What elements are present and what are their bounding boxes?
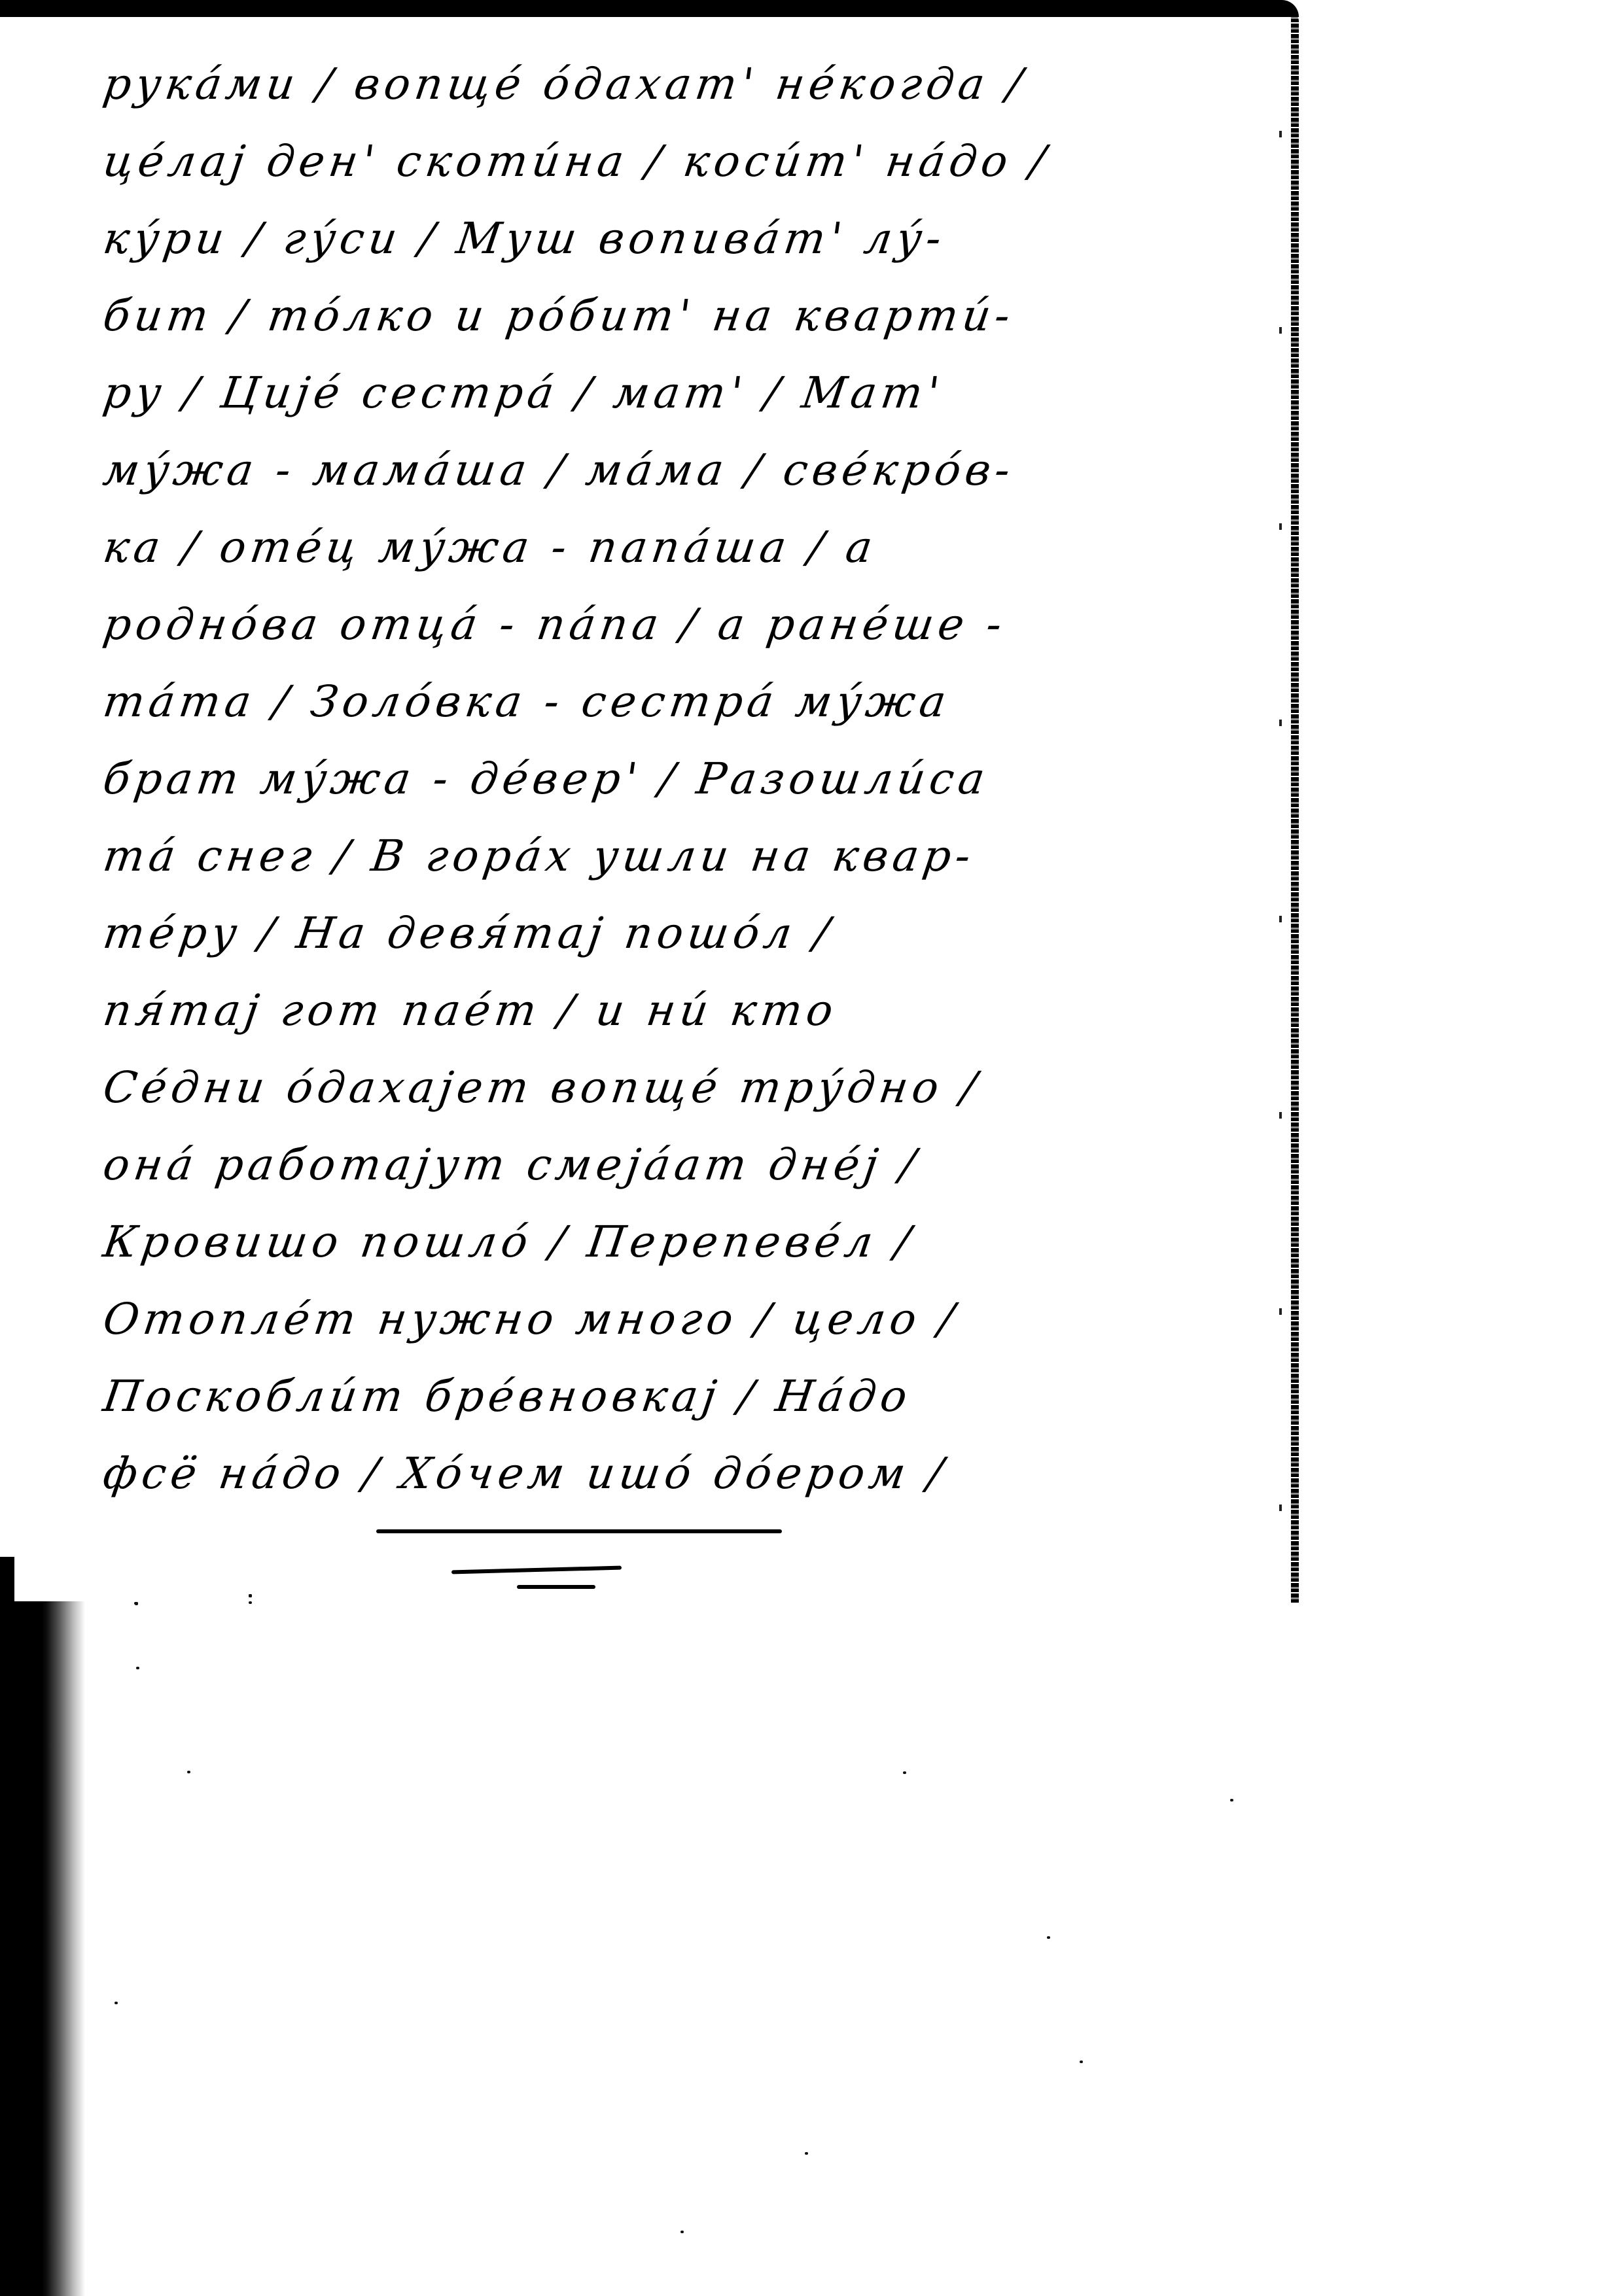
handwritten-text-block: рука́ми / вопще́ о́дахат' не́когда / це́… — [98, 46, 1276, 1512]
handwritten-line: Кровишо пошло́ / Перепеве́л / — [98, 1204, 1287, 1281]
handwritten-line: Се́дни о́дахајет вопще́ тру́дно / — [98, 1049, 1287, 1126]
handwritten-line: ка / оте́ц му́жа - папа́ша / а — [98, 509, 1287, 586]
handwritten-line: це́лај ден' скоти́на / коси́т' на́до / — [98, 123, 1287, 200]
handwritten-line: му́жа - мама́ша / ма́ма / све́кро́в- — [98, 432, 1287, 509]
handwritten-line: она́ работајут смеја́ат дне́ј / — [98, 1126, 1287, 1204]
handwritten-line: фсё на́до / Хо́чем ишо́ до́ером / — [98, 1435, 1287, 1512]
handwritten-line: ку́ри / гу́си / Муш вопива́т' лу́- — [98, 200, 1287, 277]
handwritten-line: бит / то́лко и ро́бит' на кварти́- — [98, 277, 1287, 355]
handwritten-line: Поскобли́т бре́вновкај / На́до — [98, 1358, 1287, 1435]
handwritten-line: те́ру / На девя́тај пошо́л / — [98, 895, 1287, 972]
handwritten-line: ру / Ције́ сестра́ / мат' / Мат' — [98, 355, 1287, 432]
page-right-edge-shadow — [1291, 13, 1299, 1603]
long-underline — [376, 1529, 782, 1533]
handwritten-line: та́та / Золо́вка - сестра́ му́жа — [98, 663, 1287, 740]
handwritten-line: та́ снег / В гора́х ушли на квар- — [98, 818, 1287, 895]
medium-underline — [451, 1566, 622, 1574]
handwritten-line: Отопле́т нужно много / цело / — [98, 1281, 1287, 1358]
scanner-edge-shadow — [0, 1601, 85, 2296]
handwritten-line: пя́тај гот пае́т / и ни́ кто — [98, 972, 1287, 1049]
page-top-edge-shadow — [0, 0, 1299, 17]
scanned-notebook-page: рука́ми / вопще́ о́дахат' не́когда / це́… — [0, 0, 1299, 1603]
handwritten-line: родно́ва отца́ - па́па / а ране́ше - — [98, 586, 1287, 663]
handwritten-line: рука́ми / вопще́ о́дахат' не́когда / — [98, 46, 1287, 123]
short-underline — [517, 1585, 595, 1589]
handwritten-line: брат му́жа - де́вер' / Разошли́са — [98, 740, 1287, 818]
